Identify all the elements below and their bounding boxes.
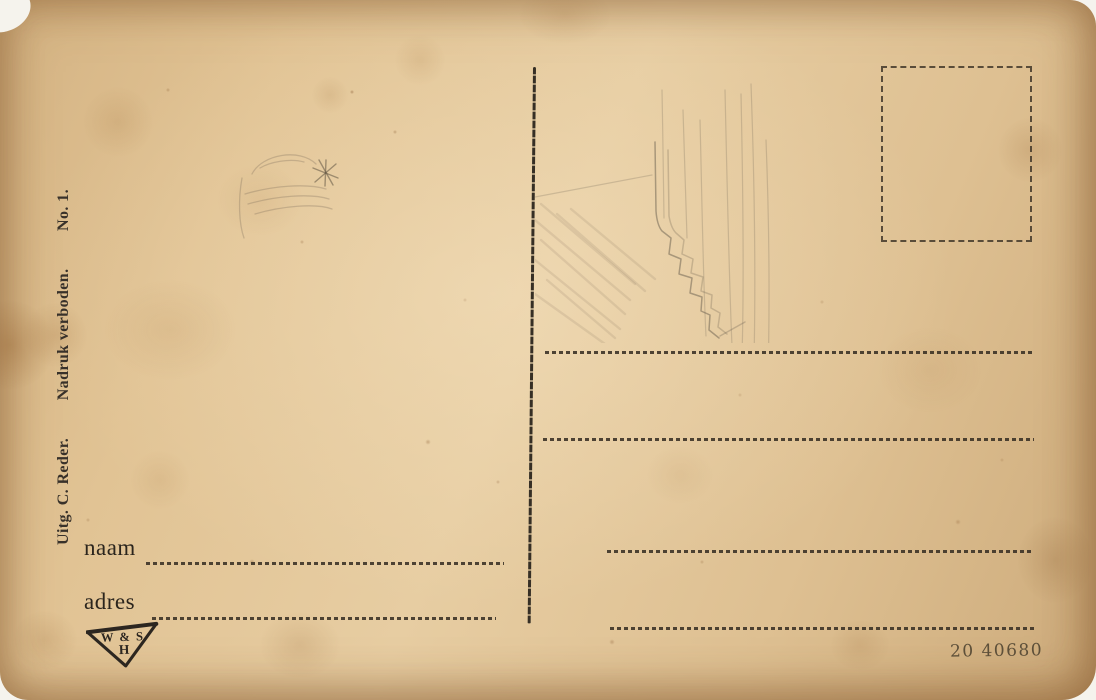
publisher-credit: Uitg. C. Reder. [55,438,73,545]
postcard-scan: Uitg. C. Reder. Nadruk verboden. No. 1. … [0,0,1096,700]
recipient-line-3 [607,550,1034,553]
publisher-imprint: Uitg. C. Reder. Nadruk verboden. No. 1. [53,189,75,545]
pencil-sketch-stairs [535,78,805,343]
recipient-line-1 [545,351,1034,354]
logo-text-bottom: H [119,642,131,657]
name-label: naam [84,536,136,559]
stamp-box [881,66,1032,242]
series-number: No. 1. [55,189,73,231]
divider-line [528,67,536,624]
name-line [146,562,504,565]
pencil-sketch-small [230,138,360,243]
address-label: adres [84,590,135,613]
address-line [152,617,496,620]
copyright-notice: Nadruk verboden. [55,269,73,401]
recipient-line-4 [610,627,1034,630]
postcard-paper: Uitg. C. Reder. Nadruk verboden. No. 1. … [0,0,1096,700]
torn-corner [0,0,37,36]
serial-number: 20 40680 [950,640,1043,661]
recipient-line-2 [543,438,1034,441]
publisher-logo-icon: W & S H [86,621,160,669]
